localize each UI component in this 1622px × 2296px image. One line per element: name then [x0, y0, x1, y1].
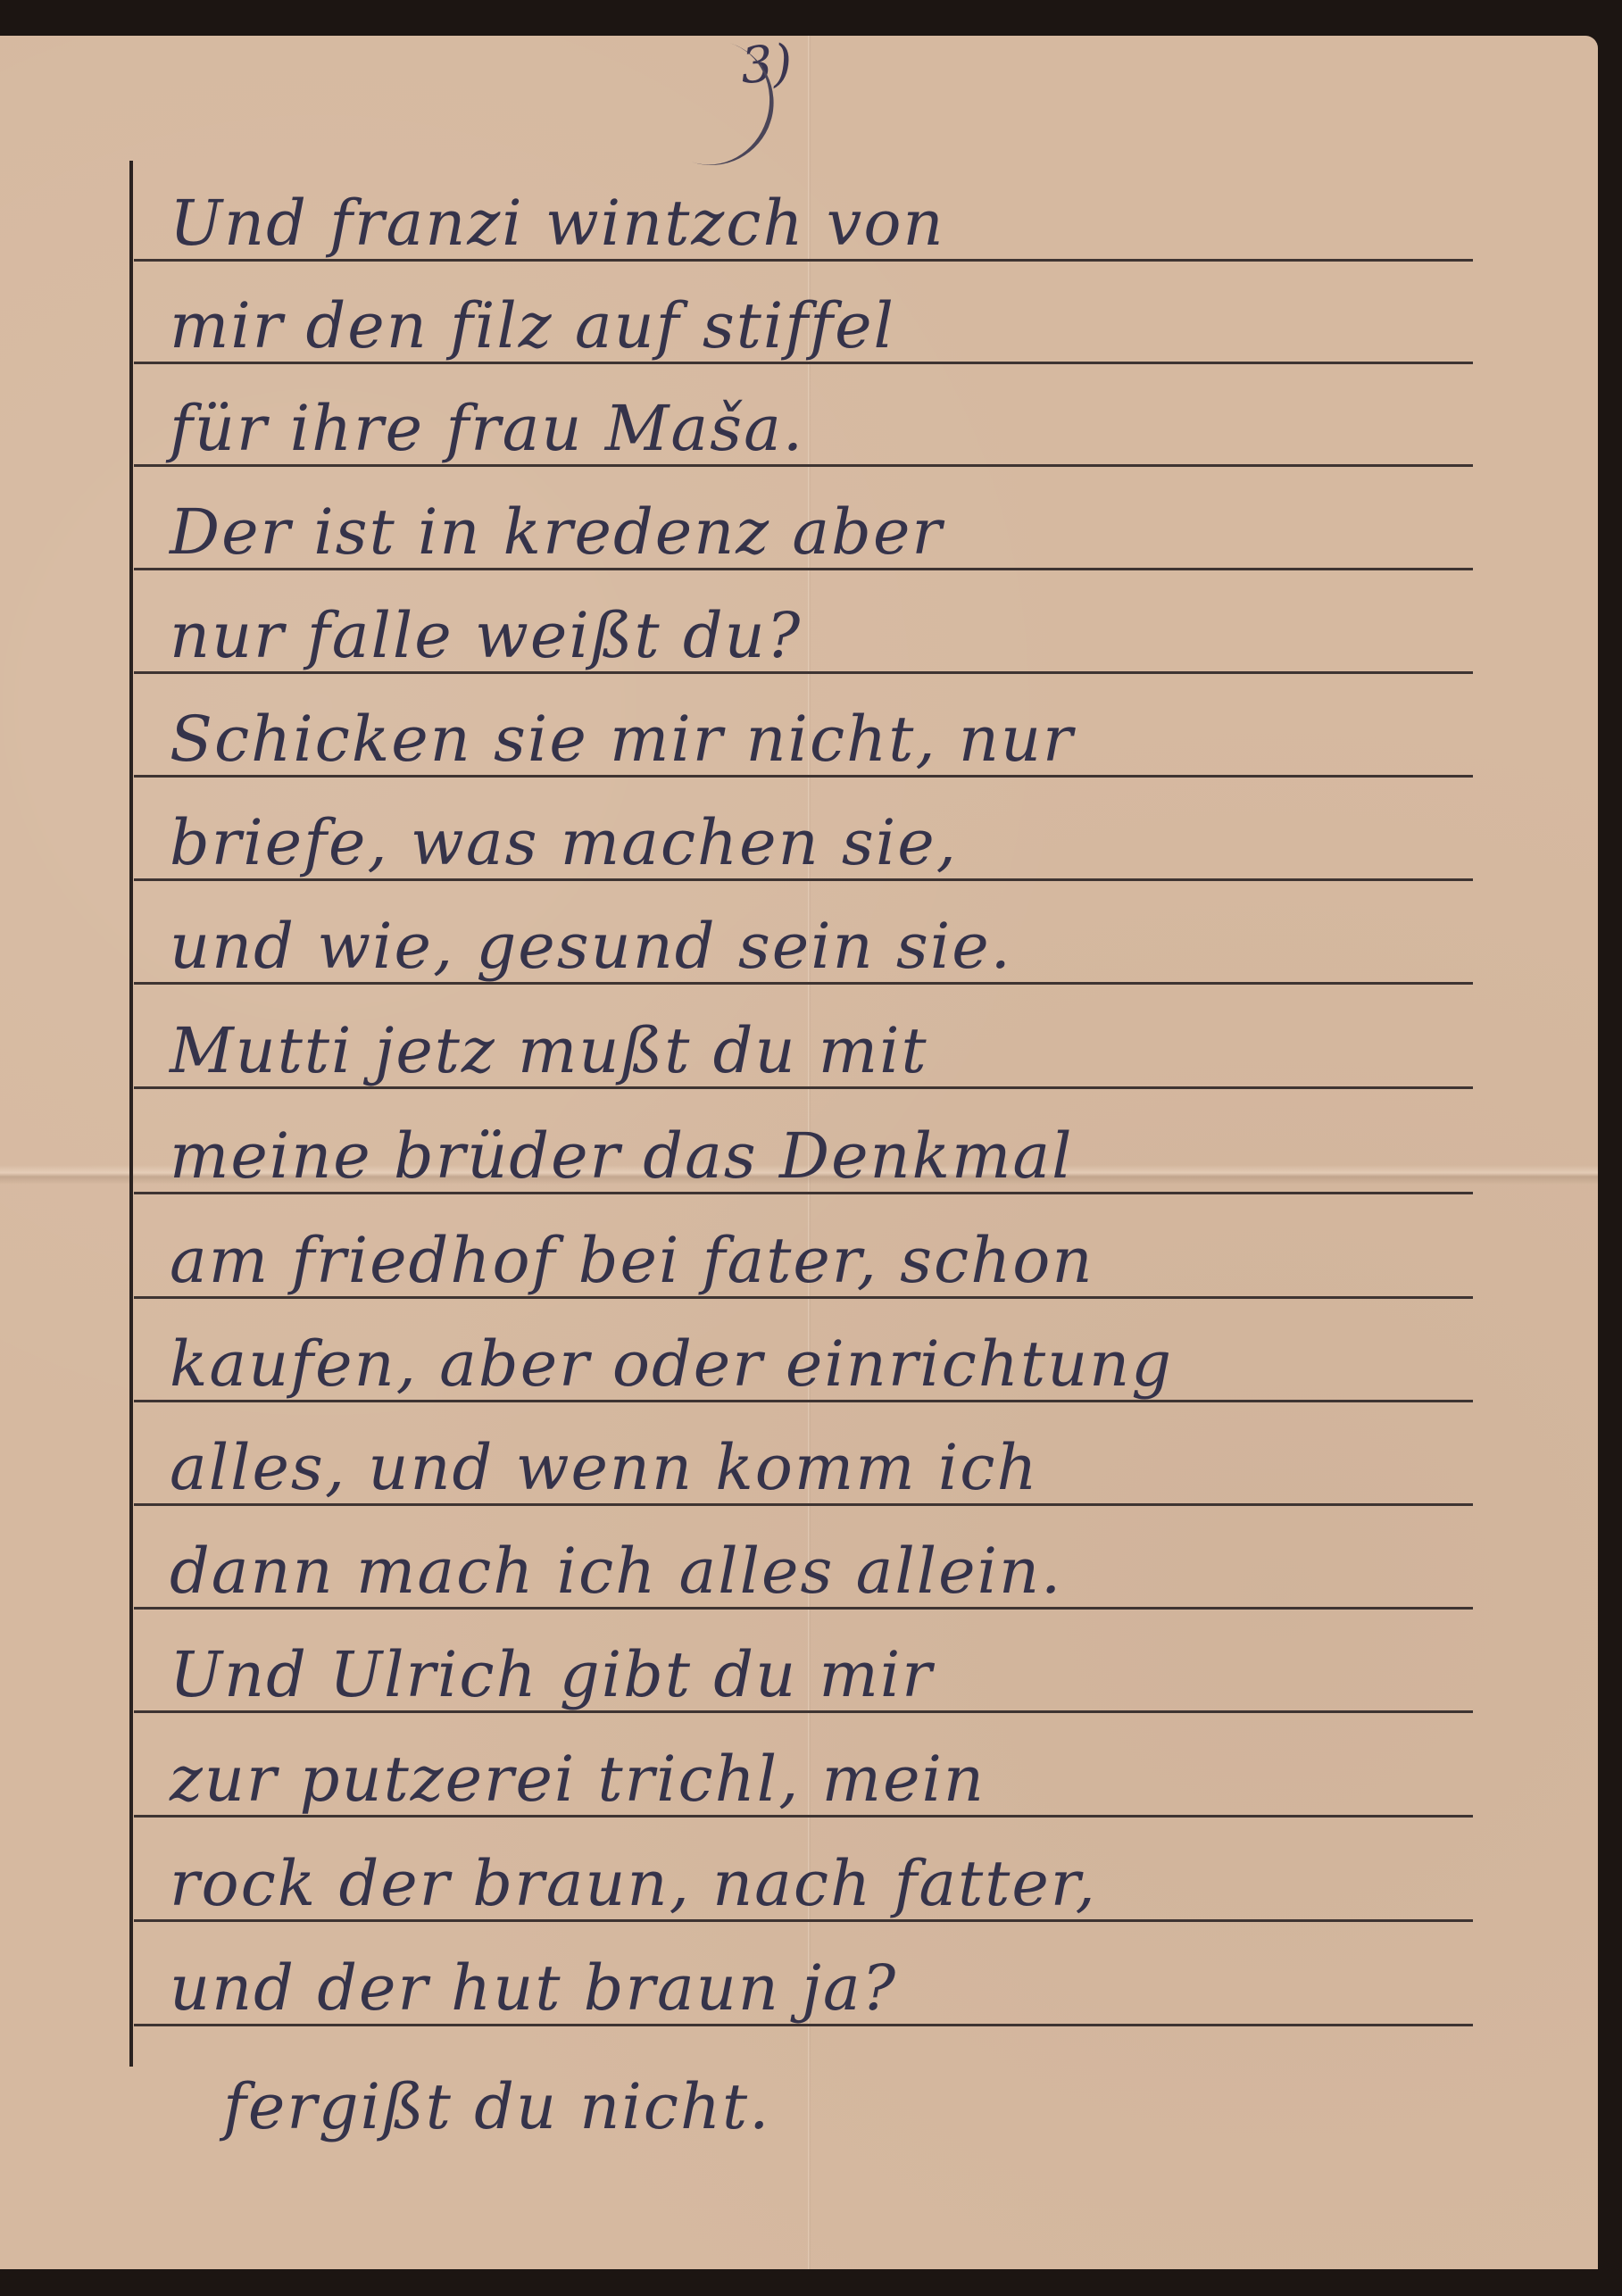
handwritten-line: Und Ulrich gibt du mir — [170, 1630, 1562, 1719]
handwritten-line: Mutti jetz mußt du mit — [170, 1006, 1562, 1095]
handwritten-line: meine brüder das Denkmal — [170, 1111, 1562, 1201]
handwritten-line: Schicken sie mir nicht, nur — [170, 695, 1562, 784]
handwritten-line: rock der braun, nach fatter, — [170, 1839, 1562, 1928]
handwritten-line: mir den filz auf stiffel — [170, 281, 1562, 370]
handwritten-line: kaufen, aber oder einrichtung — [170, 1319, 1562, 1409]
handwritten-line: und der hut braun ja? — [170, 1943, 1562, 2033]
handwritten-line-closing: fergißt du nicht. — [223, 2062, 1616, 2151]
handwritten-line: für ihre frau Maša. — [170, 384, 1562, 473]
handwritten-line: zur putzerei trichl, mein — [170, 1734, 1562, 1824]
handwritten-line: alles, und wenn komm ich — [170, 1423, 1562, 1512]
handwritten-line: und wie, gesund sein sie. — [170, 902, 1562, 991]
handwritten-line: briefe, was machen sie, — [170, 798, 1562, 887]
handwritten-line: am friedhof bei fater, schon — [170, 1216, 1562, 1305]
handwritten-line: Und franzi wintzch von — [170, 179, 1562, 268]
handwritten-line: nur falle weißt du? — [170, 591, 1562, 680]
handwritten-line: Der ist in kredenz aber — [170, 487, 1562, 577]
handwritten-line: dann mach ich alles allein. — [170, 1527, 1562, 1616]
